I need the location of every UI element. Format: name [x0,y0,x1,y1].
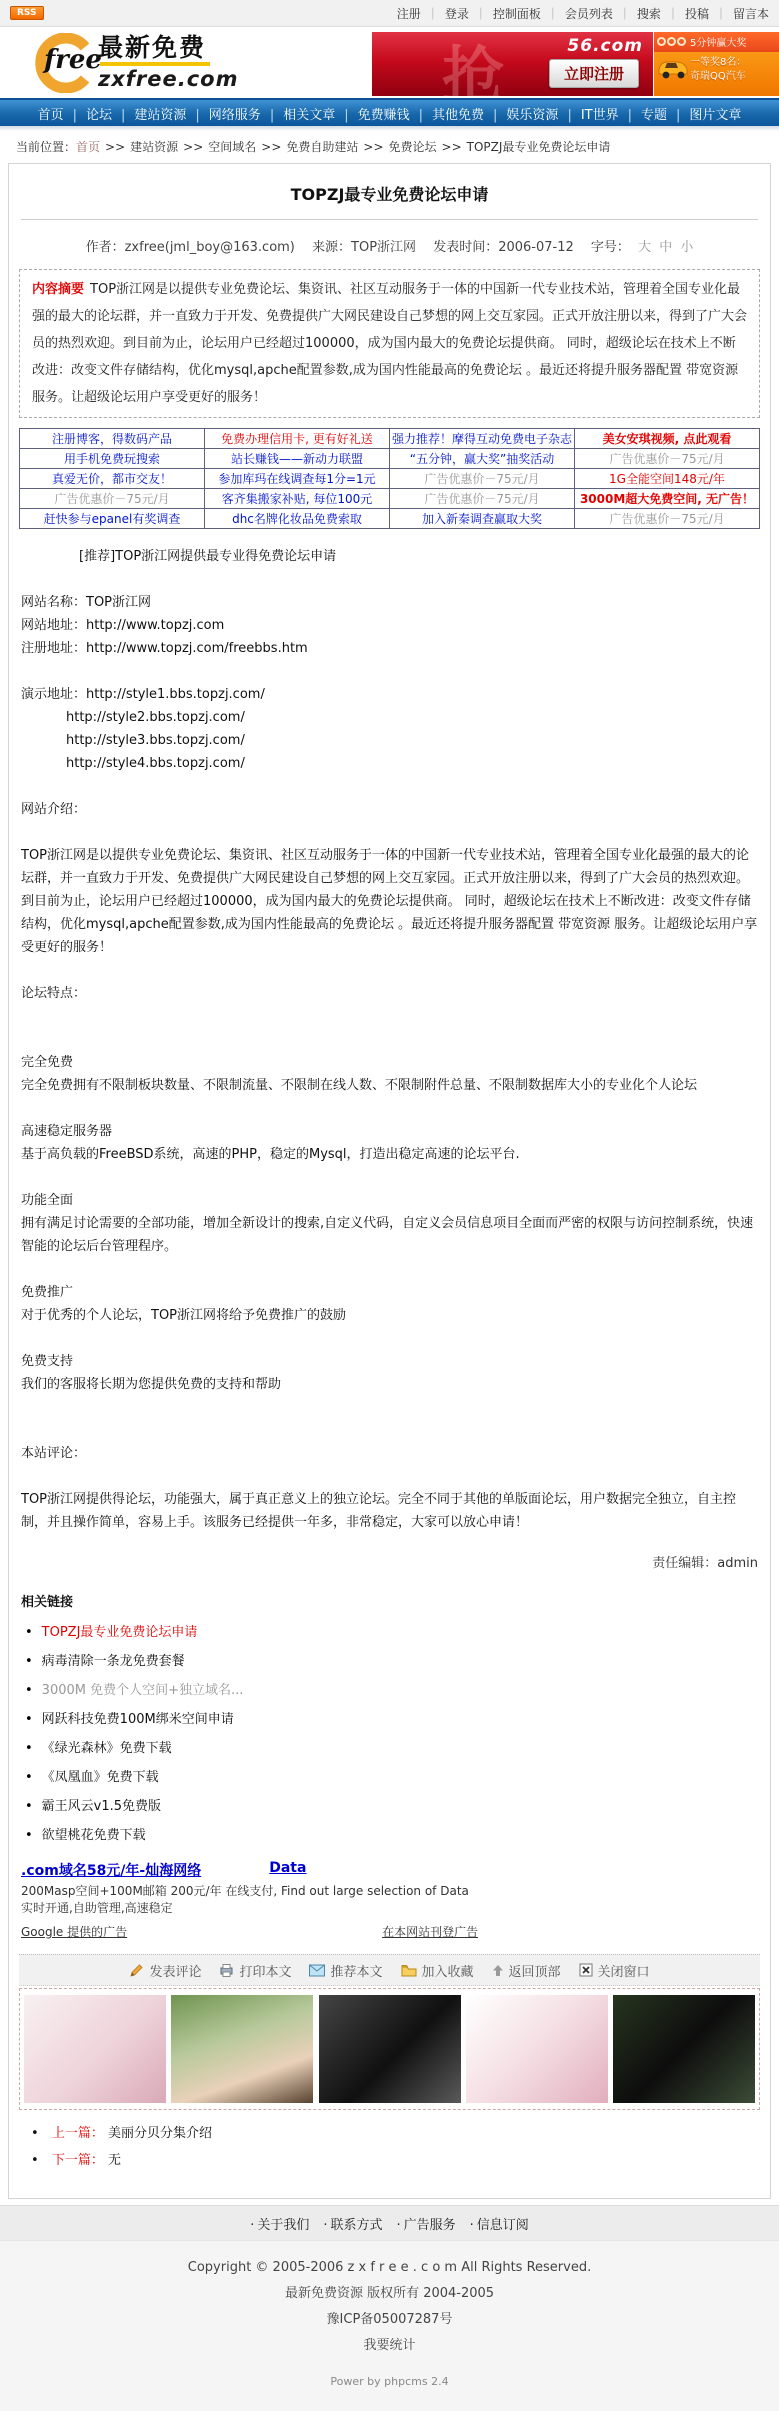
article-paragraph: 注册地址：http://www.topzj.com/freebbs.htm [21,637,758,660]
nav-item[interactable]: IT世界 [558,104,618,123]
topbar-link[interactable]: 登录 [421,5,469,22]
promo-prize-text: 一等奖8名： 奇瑞QQ汽车 [690,56,746,84]
footer-nav: 关于我们联系方式广告服务信息订阅 [0,2205,779,2241]
nav-item[interactable]: 免费赚钱 [335,104,409,123]
ad-link-cell[interactable]: 用手机免费玩搜索 [20,449,205,469]
summary-text: TOP浙江网是以提供专业免费论坛、集资讯、社区互动服务于一体的中国新一代专业技术… [32,282,747,405]
article-paragraph: 免费推广 [21,1281,758,1304]
logo-script: free [44,45,102,75]
site-logo[interactable]: free 最新免费 zxfree.com [0,33,372,93]
article-body: [推荐]TOP浙江网提供最专业得免费论坛申请 网站名称：TOP浙江网网站地址：h… [19,529,760,1538]
ad-link-cell[interactable]: 注册博客，得数码产品 [20,429,205,449]
article-paragraph: 拥有满足讨论需要的全部功能，增加全新设计的搜索,自定义代码，自定义会员信息项目全… [21,1212,758,1258]
nav-item[interactable]: 建站资源 [112,104,186,123]
logo-domain: zxfree.com [98,67,238,91]
copyright-line1: Copyright © 2005-2006 z x f r e e . c o … [0,2255,779,2281]
related-link[interactable]: 欲望桃花免费下载 [21,1821,758,1850]
article-paragraph: 论坛特点： [21,982,758,1005]
stats-link[interactable]: 我要统计 [0,2333,779,2359]
copyright-line2: 最新免费资源 版权所有 2004-2005 [0,2281,779,2307]
nav-item[interactable]: 娱乐资源 [484,104,558,123]
topbar: RSS 注册登录控制面板会员列表搜索投稿留言本 [0,0,779,27]
ads-footer: Google 提供的广告 在本网站刊登广告 [21,1923,758,1940]
nav-item[interactable]: 论坛 [64,104,112,123]
promo-top-text: 5分钟赢大奖 [690,34,746,49]
nav-item[interactable]: 其他免费 [410,104,484,123]
breadcrumb: 当前位置：首页>>建站资源>>空间域名>>免费自助建站>>免费论坛>>TOPZJ… [0,131,779,161]
article-paragraph: 免费支持 [21,1350,758,1373]
article-paragraph: 演示地址：http://style1.bbs.topzj.com/ [21,683,758,706]
ads-by-google-link[interactable]: Google 提供的广告 [21,1923,127,1940]
banner-watermark: 抢 [442,32,504,96]
car-icon [656,56,690,84]
add-favorite-button[interactable]: 加入收藏 [401,1961,474,1980]
topbar-link[interactable]: 搜索 [613,5,661,22]
source-value: TOP浙江网 [351,240,416,255]
logo-title: 最新免费 [98,35,238,61]
arrow-up-icon [492,1964,504,1977]
print-article-button[interactable]: 打印本文 [219,1961,291,1980]
article-paragraph: 网站名称：TOP浙江网 [21,591,758,614]
ad-link-cell[interactable]: “五分钟，赢大奖”抽奖活动 [390,449,575,469]
topbar-link[interactable]: 注册 [397,5,421,22]
next-article-row: 下一篇： 无 [27,2147,752,2174]
editor-line: 责任编辑：admin [19,1538,760,1581]
close-window-button[interactable]: 关闭窗口 [579,1961,650,1980]
breadcrumb-link[interactable]: 空间域名 [208,140,256,154]
article-paragraph [21,821,758,844]
promo-body: 一等奖8名： 奇瑞QQ汽车 [654,52,779,88]
ad-link-domain[interactable]: .com域名58元/年-灿海网络 [21,1860,201,1880]
page-title: TOPZJ最专业免费论坛申请 [19,164,760,219]
fontsize-medium-button[interactable]: 中 [659,240,672,255]
prev-article-row: 上一篇： 美丽分贝分集介绍 [27,2120,752,2147]
article-paragraph [21,1327,758,1350]
editor-name: admin [717,1556,758,1571]
banner-register-button[interactable]: 立即注册 [549,59,639,88]
recommend-article-button[interactable]: 推荐本文 [309,1961,382,1980]
ad-link-cell[interactable]: 1G全能空间148元/年 [575,469,760,489]
related-link[interactable]: 病毒清除一条龙免费套餐 [21,1647,758,1676]
article-paragraph [21,660,758,683]
footer-link[interactable]: 关于我们 [250,2214,309,2233]
article-paragraph: TOP浙江网是以提供专业免费论坛、集资讯、社区互动服务于一体的中国新一代专业技术… [21,844,758,959]
ad-link-cell[interactable]: 强力推荐！摩得互动免费电子杂志 [390,429,575,449]
back-to-top-button[interactable]: 返回顶部 [492,1961,561,1980]
nav-item[interactable]: 首页 [38,104,64,123]
article-paragraph: 完全免费 [21,1051,758,1074]
topbar-links: 注册登录控制面板会员列表搜索投稿留言本 [397,5,769,22]
article-paragraph [21,568,758,591]
breadcrumb-link[interactable]: 首页 [76,140,100,154]
article-paragraph: [推荐]TOP浙江网提供最专业得免费论坛申请 [21,545,758,568]
folder-icon [401,1964,417,1977]
nav-item[interactable]: 相关文章 [261,104,335,123]
ad-link-cell[interactable]: 加入新秦调查赢取大奖 [390,509,575,529]
ad-link-cell[interactable]: 3000M超大免费空间, 无广告！ [575,489,760,509]
logo-text: 最新免费 zxfree.com [98,35,238,91]
adsense-block: .com域名58元/年-灿海网络 Data 200Masp空间+100M邮箱 2… [19,1850,760,1944]
gallery-photo[interactable] [466,1995,608,2103]
article-paragraph: 功能全面 [21,1189,758,1212]
article-paragraph: 对于优秀的个人论坛，TOP浙江网将给予免费推广的鼓励 [21,1304,758,1327]
promo-header: 5分钟赢大奖 [654,32,779,52]
fontsize-large-button[interactable]: 大 [638,240,651,255]
topbar-link[interactable]: 留言本 [709,5,769,22]
article-paragraph [21,1465,758,1488]
ad-description: 200Masp空间+100M邮箱 200元/年 在线支付, Find out l… [21,1883,758,1917]
ad-links-table: 注册博客，得数码产品免费办理信用卡, 更有好礼送强力推荐！摩得互动免费电子杂志美… [19,428,760,529]
article-paragraph: http://style2.bbs.topzj.com/ [21,706,758,729]
footer-link[interactable]: 联系方式 [323,2214,382,2233]
photo-gallery [19,1988,760,2110]
breadcrumb-items: 首页>>建站资源>>空间域名>>免费自助建站>>免费论坛>>TOPZJ最专业免费… [76,140,610,154]
next-label: 下一篇： [52,2153,104,2168]
article-paragraph [21,1028,758,1051]
ad-link-cell[interactable]: dhc名牌化妆品免费索取 [205,509,390,529]
ad-link-cell: 广告优惠价－75元/月 [575,449,760,469]
article-paragraph: 基于高负载的FreeBSD系统，高速的PHP，稳定的Mysql，打造出稳定高速的… [21,1143,758,1166]
article-paragraph [21,1005,758,1028]
related-title: 相关链接 [21,1585,758,1618]
article-paragraph: 高速稳定服务器 [21,1120,758,1143]
topbar-link[interactable]: 会员列表 [541,5,613,22]
article-paragraph [21,775,758,798]
footer-link[interactable]: 信息订阅 [470,2214,529,2233]
footer-copyright: Copyright © 2005-2006 z x f r e e . c o … [0,2241,779,2411]
article-paragraph [21,1166,758,1189]
article-paragraph [21,1258,758,1281]
article-paragraph: 网站介绍： [21,798,758,821]
date-value: 2006-07-12 [498,240,574,255]
article-paragraph [21,1396,758,1419]
related-links-section: 相关链接 TOPZJ最专业免费论坛申请病毒清除一条龙免费套餐3000M 免费个人… [19,1581,760,1850]
nav-item[interactable]: 图片文章 [667,104,741,123]
prev-article-link[interactable]: 美丽分贝分集介绍 [108,2126,212,2141]
article-paragraph [21,959,758,982]
article-paragraph: 完全免费拥有不限制板块数量、不限制流量、不限制在线人数、不限制附件总量、不限制数… [21,1074,758,1097]
header: free 最新免费 zxfree.com 抢 56.com 立即注册 5分钟赢大… [0,27,779,98]
ad-link-cell[interactable]: 美女安琪视频, 点此观看 [575,429,760,449]
content-box: TOPZJ最专业免费论坛申请 作者：zxfree(jml_boy@163.com… [8,163,771,2199]
footer-link[interactable]: 广告服务 [397,2214,456,2233]
advertise-here-link[interactable]: 在本网站刊登广告 [382,1923,478,1940]
breadcrumb-link[interactable]: TOPZJ最专业免费论坛申请 [467,140,611,154]
article-meta: 作者：zxfree(jml_boy@163.com) 来源：TOP浙江网 发表时… [19,220,760,269]
promo-ad[interactable]: 5分钟赢大奖 一等奖8名： 奇瑞QQ汽车 [653,32,779,96]
banner-ad[interactable]: 抢 56.com 立即注册 [372,32,653,96]
ad-link-cell[interactable]: 客齐集搬家补贴, 每位100元 [205,489,390,509]
article-paragraph: 本站评论： [21,1442,758,1465]
ad-link-cell[interactable]: 站长赚钱——新动力联盟 [205,449,390,469]
breadcrumb-link[interactable]: 免费论坛 [389,140,437,154]
mail-icon [309,1964,325,1977]
topbar-link[interactable]: 投稿 [661,5,709,22]
article-paragraph: http://style4.bbs.topzj.com/ [21,752,758,775]
gallery-photo[interactable] [171,1995,313,2103]
article-paragraph: 我们的客服将长期为您提供免费的支持和帮助 [21,1373,758,1396]
article-paragraph [21,1419,758,1442]
nav-item[interactable]: 专题 [619,104,667,123]
gallery-photo[interactable] [613,1995,755,2103]
gallery-photo[interactable] [319,1995,461,2103]
printer-icon [219,1963,234,1978]
summary-label: 内容摘要 [32,282,84,297]
banner-site-label: 56.com [567,36,643,56]
related-link[interactable]: 3000M 免费个人空间+独立域名... [21,1676,758,1705]
article-paragraph: 网站地址：http://www.topzj.com [21,614,758,637]
prev-label: 上一篇： [52,2126,104,2141]
fontsize-small-button[interactable]: 小 [680,240,693,255]
related-link[interactable]: 《绿光森林》免费下载 [21,1734,758,1763]
ad-link-cell: 广告优惠价－75元/月 [390,469,575,489]
prev-next-nav: 上一篇： 美丽分贝分集介绍 下一篇： 无 [19,2110,760,2188]
post-comment-button[interactable]: 发表评论 [129,1961,201,1980]
breadcrumb-label: 当前位置： [16,140,76,154]
close-icon [579,1963,593,1977]
ad-link-cell: 广告优惠价－75元/月 [390,489,575,509]
related-list: TOPZJ最专业免费论坛申请病毒清除一条龙免费套餐3000M 免费个人空间+独立… [21,1618,758,1850]
article-toolbar: 发表评论 打印本文 推荐本文 加入收藏 返回顶部 关闭窗口 [19,1954,760,1986]
ad-link-cell[interactable]: 赶快参与epanel有奖调查 [20,509,205,529]
promo-logo-circles-icon [657,37,687,46]
ad-link-cell: 广告优惠价－75元/月 [575,509,760,529]
pencil-icon [129,1963,144,1978]
related-link[interactable]: TOPZJ最专业免费论坛申请 [21,1618,758,1647]
related-link[interactable]: 霸王风云v1.5免费版 [21,1792,758,1821]
main-nav: 首页论坛建站资源网络服务相关文章免费赚钱其他免费娱乐资源IT世界专题图片文章 [0,98,779,126]
ad-link-cell: 广告优惠价－75元/月 [20,489,205,509]
related-link[interactable]: 《凤凰血》免费下载 [21,1763,758,1792]
logo-c-icon: free [28,33,92,93]
next-article-value: 无 [108,2153,121,2168]
breadcrumb-link[interactable]: 建站资源 [130,140,178,154]
ad-link-cell[interactable]: 参加库玛在线调查每1分=1元 [205,469,390,489]
topbar-link[interactable]: 控制面板 [469,5,541,22]
rss-badge[interactable]: RSS [10,6,44,20]
logo-underline [100,62,210,66]
ad-link-data[interactable]: Data [269,1860,306,1880]
gallery-photo[interactable] [24,1995,166,2103]
article-paragraph: TOP浙江网提供得论坛，功能强大，属于真正意义上的独立论坛。完全不同于其他的单版… [21,1488,758,1534]
article-paragraph [21,1097,758,1120]
breadcrumb-link[interactable]: 免费自助建站 [286,140,358,154]
nav-item[interactable]: 网络服务 [186,104,260,123]
summary-box: 内容摘要TOP浙江网是以提供专业免费论坛、集资讯、社区互动服务于一体的中国新一代… [19,269,760,418]
ad-link-cell[interactable]: 真爱无价，都市交友！ [20,469,205,489]
powered-by: Power by phpcms 2.4 [0,2369,779,2395]
icp-number: 豫ICP备05007287号 [0,2307,779,2333]
author-value: zxfree(jml_boy@163.com) [125,240,295,255]
ad-link-cell[interactable]: 免费办理信用卡, 更有好礼送 [205,429,390,449]
related-link[interactable]: 网跃科技免费100M绑米空间申请 [21,1705,758,1734]
article-paragraph: http://style3.bbs.topzj.com/ [21,729,758,752]
